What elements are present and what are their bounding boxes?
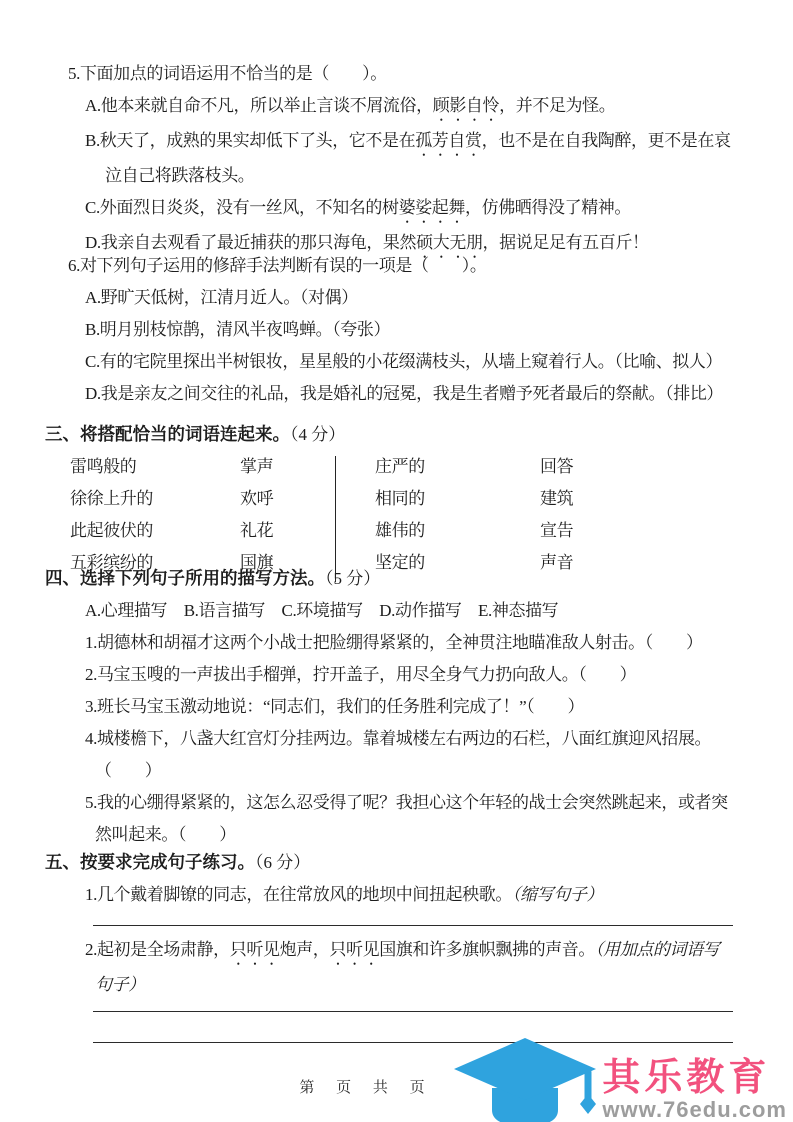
- option-text: ，仿佛晒得没了精神。: [465, 198, 631, 217]
- question-6-option-b: B.明月别枝惊鹊，清风半夜鸣蝉。（夸张）: [85, 314, 735, 346]
- method-choices: A.心理描写 B.语言描写 C.环境描写 D.动作描写 E.神态描写: [85, 595, 735, 627]
- match-term: 徐徐上升的: [70, 483, 240, 515]
- question-5: 5.下面加点的词语运用不恰当的是（ ）。 A.他本来就自命不凡，所以举止言谈不屑…: [68, 58, 735, 262]
- question-6: 6.对下列句子运用的修辞手法判断有误的一项是（ ）。 A.野旷天低树，江清月近人…: [68, 250, 735, 410]
- logo-brand-name: 其乐教育: [602, 1058, 770, 1098]
- option-text: B.秋天了，成熟的果实却低下了头，它不是在: [85, 131, 415, 150]
- emphasized-word: 婆娑起舞: [399, 198, 465, 217]
- option-text: ，并不足为怪。: [499, 96, 615, 115]
- item-text: 2.起初是全场肃静，: [85, 940, 230, 959]
- match-term: 此起彼伏的: [70, 515, 240, 547]
- section-4-item-2: 2.马宝玉嗖的一声拔出手榴弹，拧开盖子，用尽全身气力扔向敌人。（ ）: [85, 659, 735, 691]
- question-5-option-c: C.外面烈日炎炎，没有一丝风，不知名的树婆娑起舞，仿佛晒得没了精神。: [85, 192, 735, 227]
- match-term: 庄严的: [375, 451, 540, 483]
- item-text: 1.几个戴着脚镣的同志，在往常放风的地坝中间扭起秧歌。: [85, 885, 512, 904]
- section-3-heading: 三、将搭配恰当的词语连起来。（4 分）: [45, 418, 735, 451]
- section-4-item-1: 1.胡德林和胡福才这两个小战士把脸绷得紧紧的，全神贯注地瞄准敌人射击。（ ）: [85, 627, 735, 659]
- question-5-option-a: A.他本来就自命不凡，所以举止言谈不屑流俗，顾影自怜，并不足为怪。: [85, 90, 735, 125]
- section-5-item-2: 2.起初是全场肃静，只听见炮声，只听见国旗和许多旗帜飘拂的声音。（用加点的词语写…: [85, 934, 735, 1001]
- question-5-option-b: B.秋天了，成熟的果实却低下了头，它不是在孤芳自赏，也不是在自我陶醉，更不是在哀…: [85, 125, 735, 192]
- emphasized-word: 顾影自怜: [433, 96, 499, 115]
- matching-row: 雷鸣般的 掌声 庄严的 回答: [68, 451, 735, 483]
- emphasized-word: 只听见: [230, 940, 280, 959]
- publisher-logo: 其乐教育 www.76edu.com: [448, 1036, 793, 1122]
- option-text: A.他本来就自命不凡，所以举止言谈不屑流俗，: [85, 96, 433, 115]
- question-6-option-a: A.野旷天低树，江清月近人。（对偶）: [85, 282, 735, 314]
- question-5-stem: 5.下面加点的词语运用不恰当的是（ ）。: [68, 58, 735, 90]
- graduation-cap-icon: [448, 1036, 600, 1122]
- section-3-matching: 三、将搭配恰当的词语连起来。（4 分） 雷鸣般的 掌声 庄严的 回答 徐徐上升的…: [68, 418, 735, 579]
- section-4-heading: 四、选择下列句子所用的描写方法。（5 分）: [45, 562, 735, 595]
- question-6-option-d: D.我是亲友之间交往的礼品，我是婚礼的冠冕，我是生者赠予死者最后的祭献。（排比）: [85, 378, 735, 410]
- match-term: 宣告: [540, 515, 735, 547]
- emphasized-word: 孤芳自赏: [415, 131, 481, 150]
- section-4-item-3: 3.班长马宝玉激动地说：“同志们，我们的任务胜利完成了！”（ ）: [85, 691, 735, 723]
- match-term: 建筑: [540, 483, 735, 515]
- matching-row: 徐徐上升的 欢呼 相同的 建筑: [68, 483, 735, 515]
- section-4-item-5: 5.我的心绷得紧紧的，这怎么忍受得了呢？我担心这个年轻的战士会突然跳起来，或者突…: [85, 787, 735, 851]
- answer-blank-line: [93, 925, 733, 926]
- emphasized-word: 只听见: [329, 940, 379, 959]
- option-text: C.外面烈日炎炎，没有一丝风，不知名的树: [85, 198, 399, 217]
- answer-blank-line: [93, 1011, 733, 1012]
- question-6-stem: 6.对下列句子运用的修辞手法判断有误的一项是（ ）。: [68, 250, 735, 282]
- heading-text: 五、按要求完成句子练习。: [45, 852, 255, 872]
- match-term: 雄伟的: [375, 515, 540, 547]
- match-term: 礼花: [240, 515, 375, 547]
- logo-text: 其乐教育 www.76edu.com: [602, 1058, 793, 1122]
- item-text: 炮声，: [280, 940, 330, 959]
- section-5-heading: 五、按要求完成句子练习。（6 分）: [45, 846, 735, 879]
- match-term: 掌声: [240, 451, 375, 483]
- match-term: 雷鸣般的: [70, 451, 240, 483]
- match-term: 欢呼: [240, 483, 375, 515]
- instruction-note: （缩写句子）: [512, 885, 603, 904]
- section-4-description-methods: 四、选择下列句子所用的描写方法。（5 分） A.心理描写 B.语言描写 C.环境…: [68, 562, 735, 851]
- item-text: 国旗和许多旗帜飘拂的声音。: [379, 940, 595, 959]
- section-5-item-1: 1.几个戴着脚镣的同志，在往常放风的地坝中间扭起秧歌。（缩写句子）: [85, 879, 735, 911]
- section-5-sentence-exercises: 五、按要求完成句子练习。（6 分） 1.几个戴着脚镣的同志，在往常放风的地坝中间…: [68, 846, 735, 1043]
- score-label: （6 分）: [255, 853, 310, 872]
- score-label: （4 分）: [290, 425, 345, 444]
- section-4-item-4: 4.城楼檐下，八盏大红宫灯分挂两边。靠着城楼左右两边的石栏，八面红旗迎风招展。（…: [85, 723, 735, 787]
- match-term: 回答: [540, 451, 735, 483]
- question-6-option-c: C.有的宅院里探出半树银妆，星星般的小花缀满枝头，从墙上窥着行人。（比喻、拟人）: [85, 346, 735, 378]
- match-term: 相同的: [375, 483, 540, 515]
- heading-text: 三、将搭配恰当的词语连起来。: [45, 424, 290, 444]
- score-label: （5 分）: [325, 569, 380, 588]
- logo-site-url: www.76edu.com: [602, 1098, 787, 1122]
- heading-text: 四、选择下列句子所用的描写方法。: [45, 568, 325, 588]
- matching-row: 此起彼伏的 礼花 雄伟的 宣告: [68, 515, 735, 547]
